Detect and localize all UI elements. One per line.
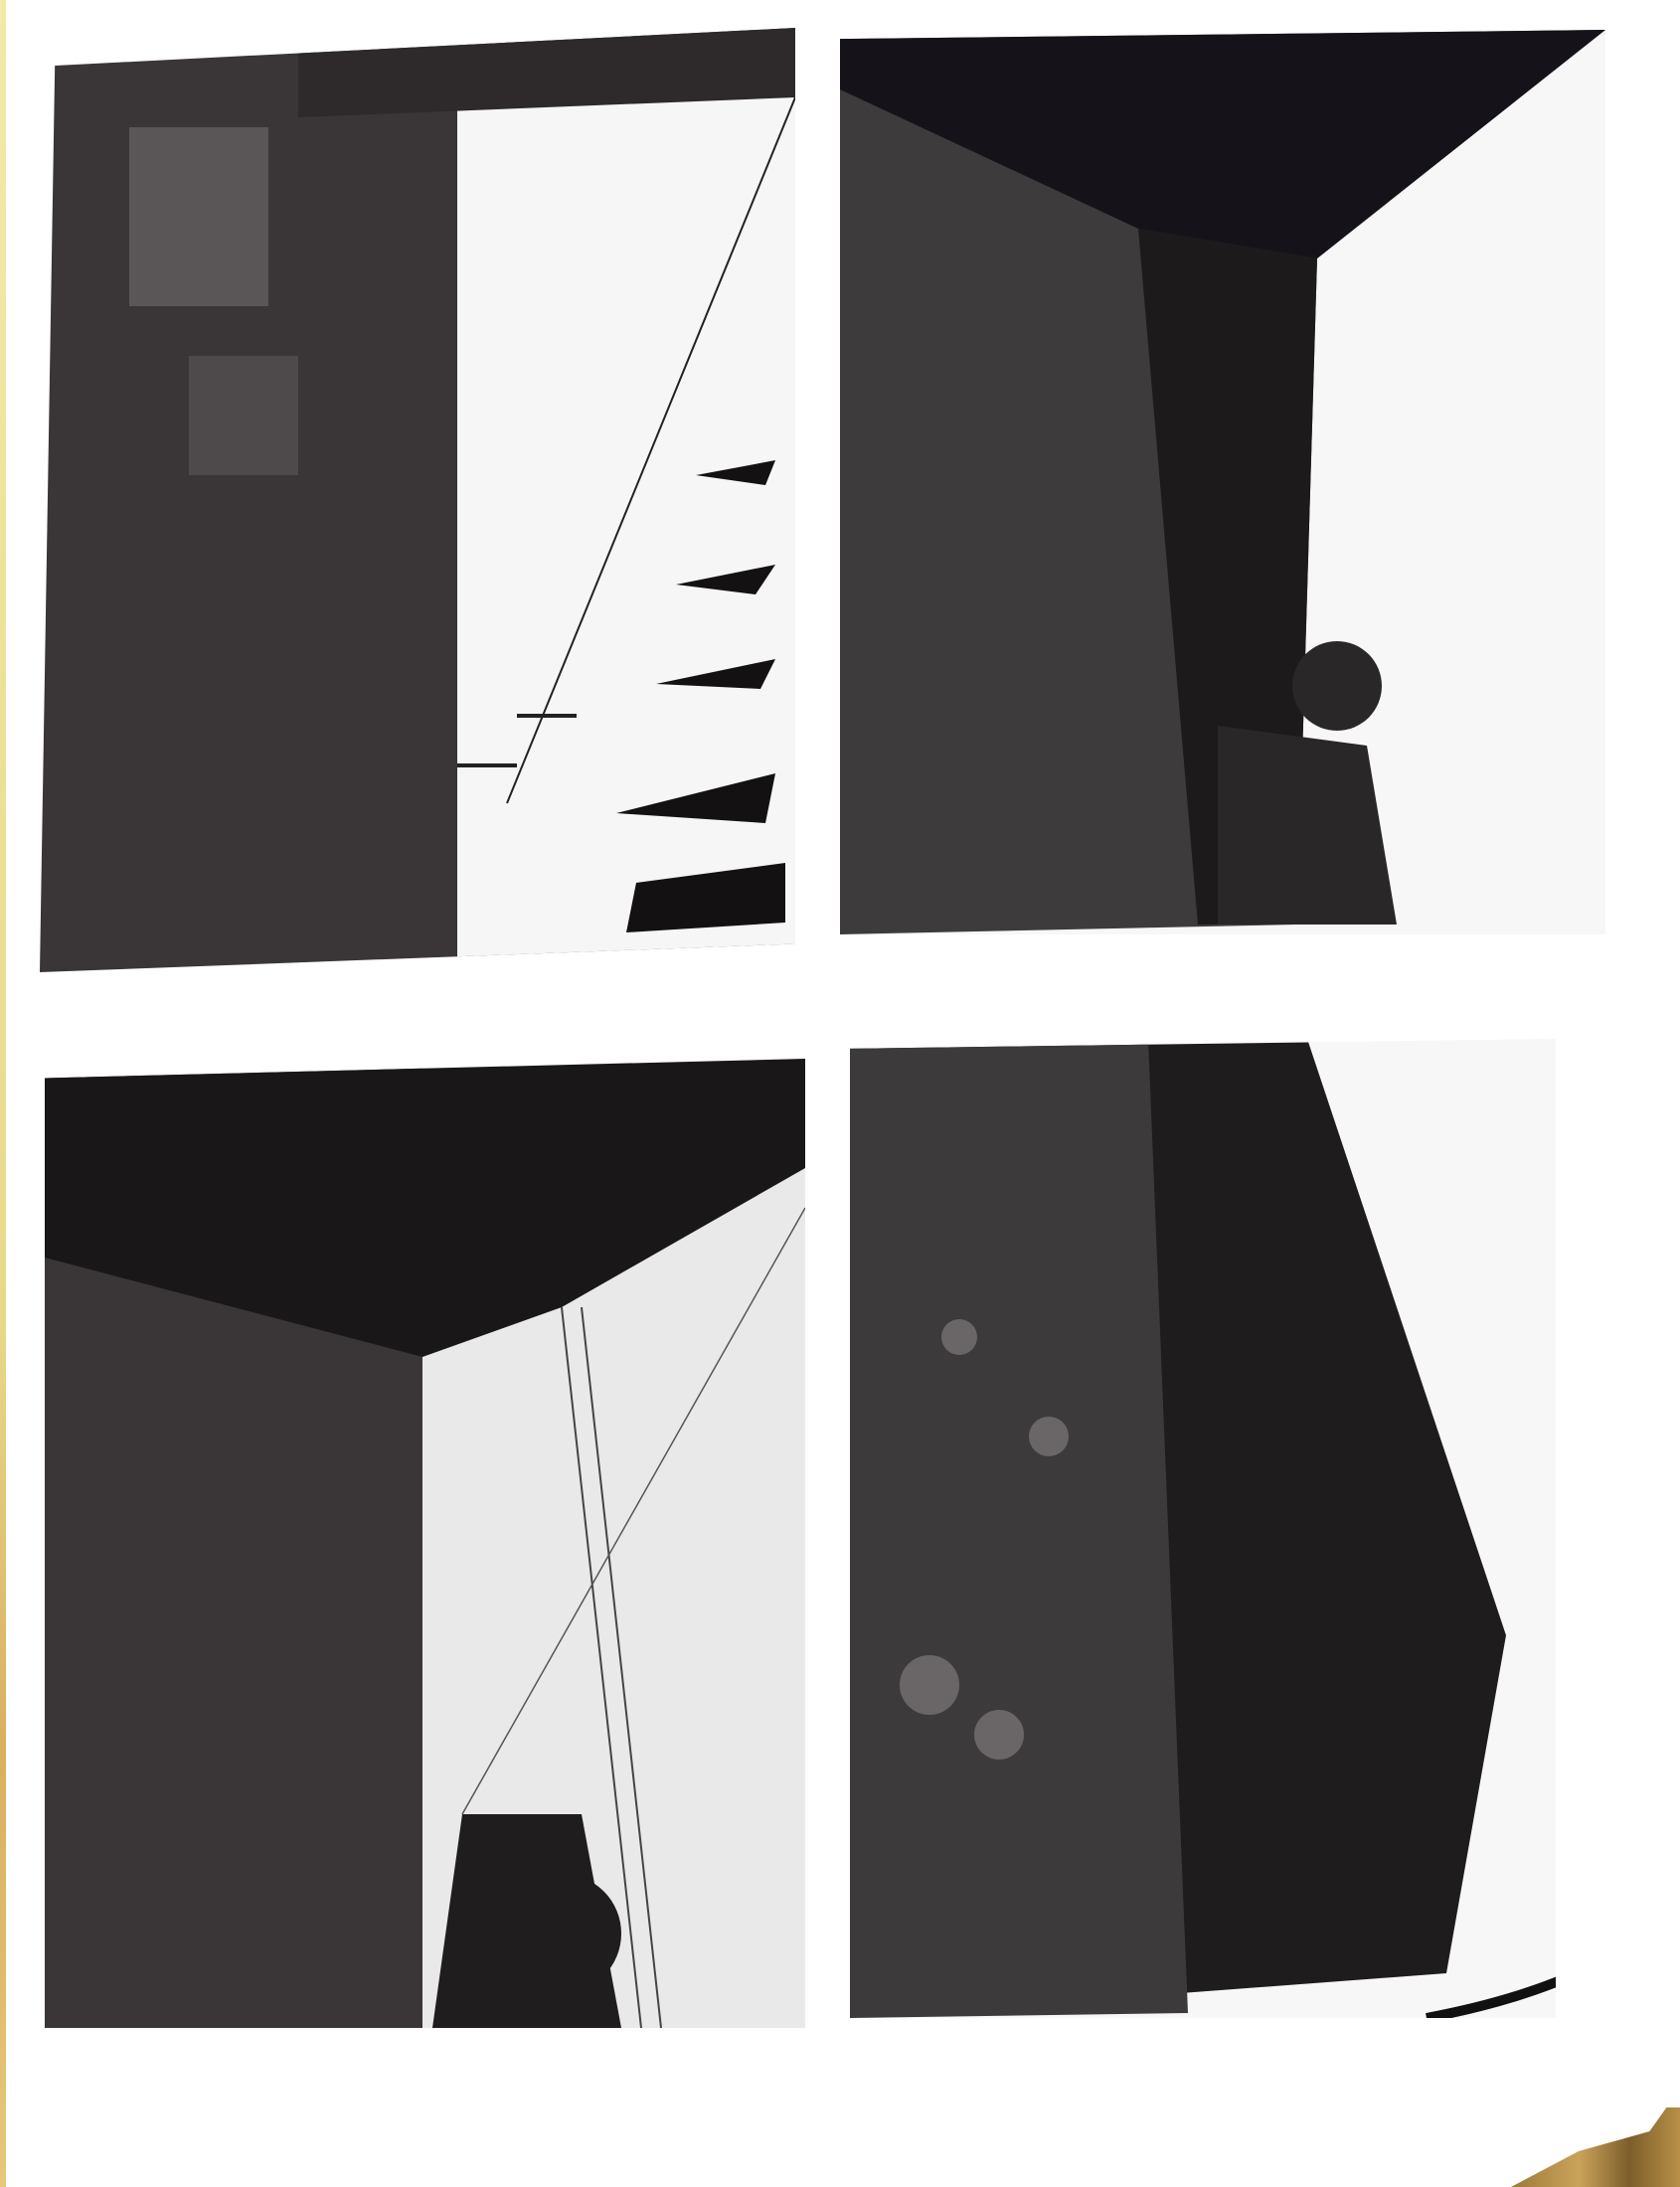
- building-facade-image: [40, 28, 795, 972]
- photo-top-right: [840, 30, 1605, 934]
- table-surface: [1511, 2107, 1680, 2187]
- page-edge: [0, 0, 6, 2187]
- photo-bottom-left: [45, 1059, 805, 2028]
- wall-and-foliage-image: [850, 1039, 1556, 2018]
- building-with-power-lines-image: [45, 1059, 805, 2028]
- wall-and-shrub-image: [840, 30, 1605, 934]
- photo-top-left: [40, 28, 795, 972]
- photo-bottom-right: [850, 1039, 1556, 2018]
